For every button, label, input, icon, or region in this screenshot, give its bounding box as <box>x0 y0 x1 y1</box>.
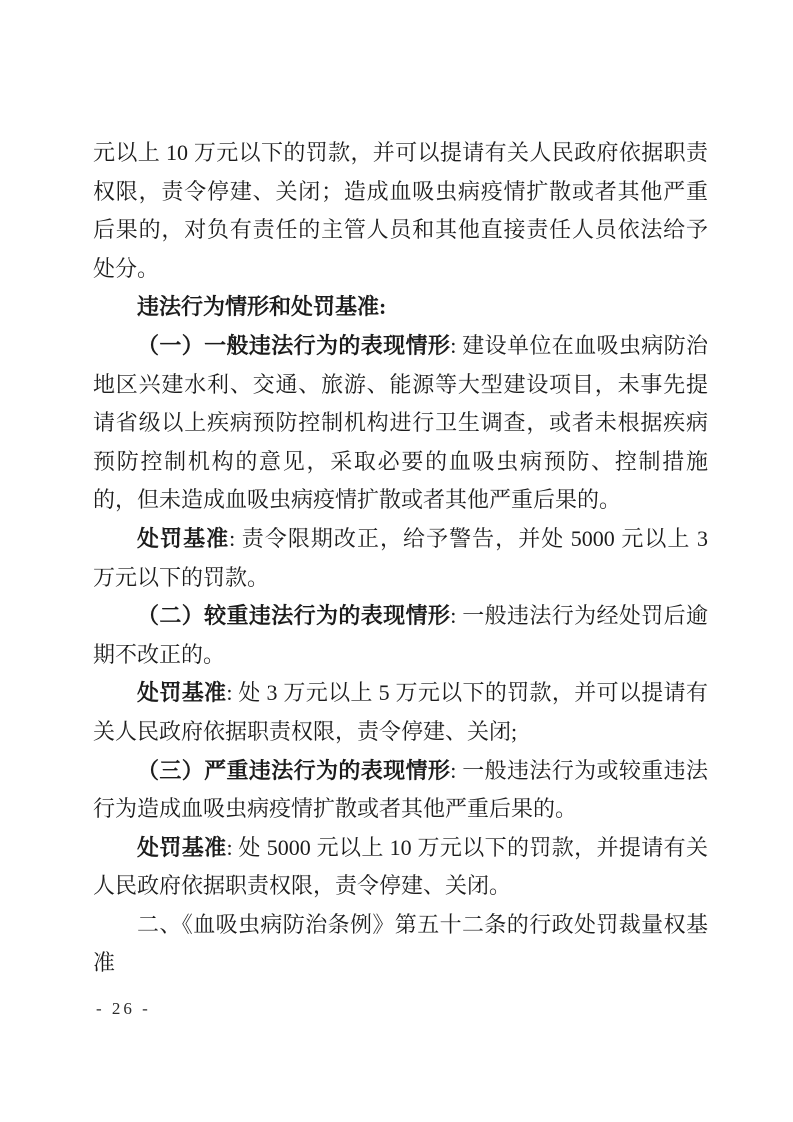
paragraph-continuation: 元以上 10 万元以下的罚款，并可以提请有关人民政府依据职责权限，责令停建、关闭… <box>93 134 708 288</box>
paragraph-penalty-basis-3: 处罚基准: 处 5000 元以上 10 万元以下的罚款，并提请有关人民政府依据职… <box>93 829 708 906</box>
paragraph-bold-run: 处罚基准 <box>137 835 227 860</box>
paragraph-penalty-basis-2: 处罚基准: 处 3 万元以上 5 万元以下的罚款，并可以提请有关人民政府依据职责… <box>93 674 708 751</box>
heading-text-run: 二、《血吸虫病防治条例》第五十二条的行政处罚裁量权基准 <box>93 912 708 976</box>
paragraph-penalty-basis-1: 处罚基准: 责令限期改正，给予警告，并处 5000 元以上 3 万元以下的罚款。 <box>93 520 708 597</box>
paragraph-text-run: : 建设单位在血吸虫病防治地区兴建水利、交通、旅游、能源等大型建设项目，未事先提… <box>93 333 708 512</box>
heading-section-two: 二、《血吸虫病防治条例》第五十二条的行政处罚裁量权基准 <box>93 906 708 983</box>
paragraph-bold-run: （二）较重违法行为的表现情形 <box>137 603 450 628</box>
paragraph-bold-run: （三）严重违法行为的表现情形 <box>137 758 450 783</box>
paragraph-bold-run: 处罚基准 <box>137 526 229 551</box>
paragraph-bold-run: 处罚基准 <box>137 680 226 705</box>
paragraph-severe-violation: （三）严重违法行为的表现情形: 一般违法行为或较重违法行为造成血吸虫病疫情扩散或… <box>93 752 708 829</box>
heading-bold-run: 违法行为情形和处罚基准: <box>137 294 386 319</box>
document-body: 元以上 10 万元以下的罚款，并可以提请有关人民政府依据职责权限，责令停建、关闭… <box>93 134 708 983</box>
page-number: - 26 - <box>96 999 151 1019</box>
document-page: 元以上 10 万元以下的罚款，并可以提请有关人民政府依据职责权限，责令停建、关闭… <box>0 0 793 1122</box>
paragraph-medium-violation: （二）较重违法行为的表现情形: 一般违法行为经处罚后逾期不改正的。 <box>93 597 708 674</box>
heading-violation-and-penalty-basis: 违法行为情形和处罚基准: <box>93 288 708 327</box>
paragraph-bold-run: （一）一般违法行为的表现情形 <box>137 333 450 358</box>
paragraph-general-violation: （一）一般违法行为的表现情形: 建设单位在血吸虫病防治地区兴建水利、交通、旅游、… <box>93 327 708 520</box>
paragraph-text-run: 元以上 10 万元以下的罚款，并可以提请有关人民政府依据职责权限，责令停建、关闭… <box>93 140 708 281</box>
